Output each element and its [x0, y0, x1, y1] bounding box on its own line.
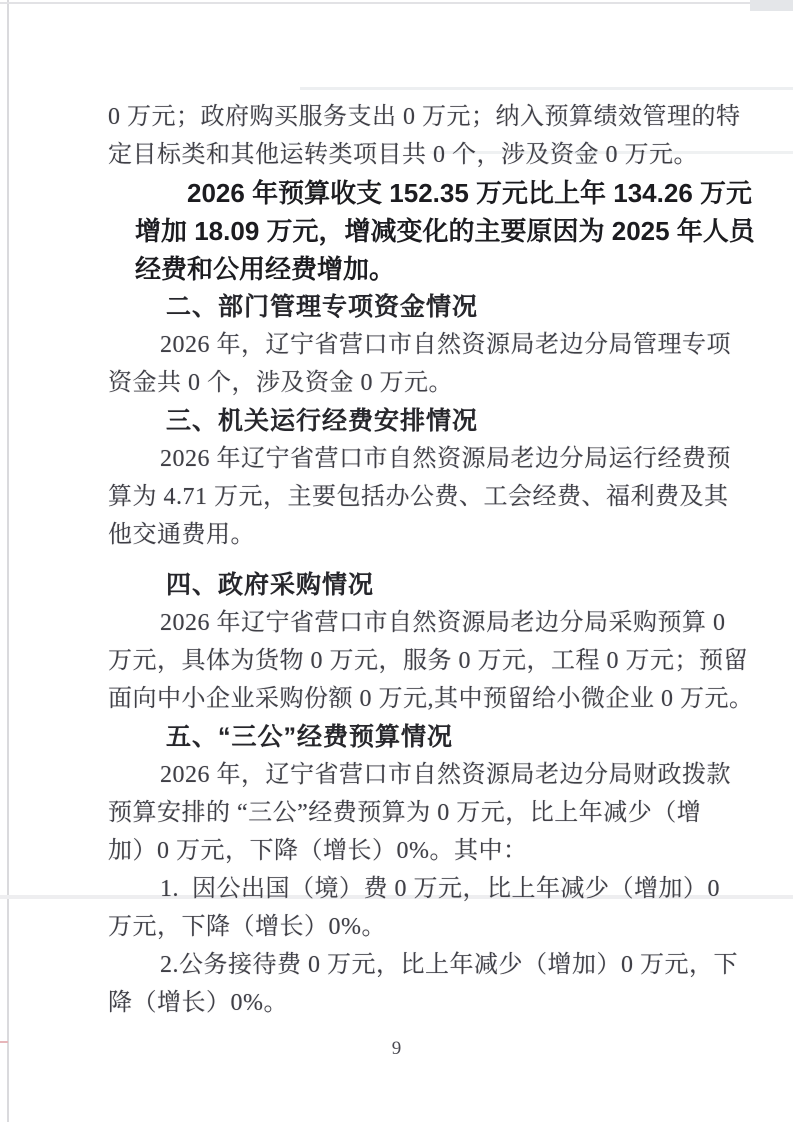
scan-edge-line-left — [7, 0, 9, 1122]
text-line: 0 万元；政府购买服务支出 0 万元；纳入预算绩效管理的特 — [108, 98, 694, 136]
section-heading: 三、机关运行经费安排情况 — [108, 402, 694, 440]
section-heading: 五、“三公”经费预算情况 — [108, 718, 694, 756]
scan-edge-line-top — [0, 2, 793, 4]
text-line: 定目标类和其他运转类项目共 0 个，涉及资金 0 万元。 — [108, 136, 694, 174]
text-line: 1. 因公出国（境）费 0 万元，比上年减少（增加）0 — [108, 870, 694, 908]
text-line: 加）0 万元，下降（增长）0%。其中： — [108, 832, 694, 870]
text-line: 2026 年，辽宁省营口市自然资源局老边分局管理专项 — [108, 326, 694, 364]
page-number: 9 — [0, 1038, 793, 1060]
text-line: 万元，下降（增长）0%。 — [108, 908, 694, 946]
scan-corner-patch — [750, 0, 793, 11]
text-line: 降（增长）0%。 — [108, 984, 694, 1022]
section-heading: 二、部门管理专项资金情况 — [108, 288, 694, 326]
text-line: 他交通费用。 — [108, 516, 694, 554]
text-line: 2026 年预算收支 152.35 万元比上年 134.26 万元 — [108, 174, 694, 212]
section-heading: 四、政府采购情况 — [108, 566, 694, 604]
text-line: 面向中小企业采购份额 0 万元,其中预留给小微企业 0 万元。 — [108, 680, 694, 718]
text-line: 2026 年辽宁省营口市自然资源局老边分局采购预算 0 — [108, 604, 694, 642]
text-line: 增加 18.09 万元，增减变化的主要原因为 2025 年人员 — [108, 212, 694, 250]
scan-streak — [300, 87, 793, 90]
text-line: 2026 年，辽宁省营口市自然资源局老边分局财政拨款 — [108, 756, 694, 794]
document-body: 0 万元；政府购买服务支出 0 万元；纳入预算绩效管理的特定目标类和其他运转类项… — [108, 98, 694, 1022]
text-line: 万元，具体为货物 0 万元，服务 0 万元，工程 0 万元；预留 — [108, 642, 694, 680]
text-line: 经费和公用经费增加。 — [108, 250, 694, 288]
text-line: 预算安排的 “三公”经费预算为 0 万元，比上年减少（增 — [108, 794, 694, 832]
text-line: 算为 4.71 万元，主要包括办公费、工会经费、福利费及其 — [108, 478, 694, 516]
text-line: 资金共 0 个，涉及资金 0 万元。 — [108, 364, 694, 402]
text-line: 2.公务接待费 0 万元，比上年减少（增加）0 万元，下 — [108, 946, 694, 984]
text-line: 2026 年辽宁省营口市自然资源局老边分局运行经费预 — [108, 440, 694, 478]
document-page: 0 万元；政府购买服务支出 0 万元；纳入预算绩效管理的特定目标类和其他运转类项… — [0, 0, 793, 1122]
